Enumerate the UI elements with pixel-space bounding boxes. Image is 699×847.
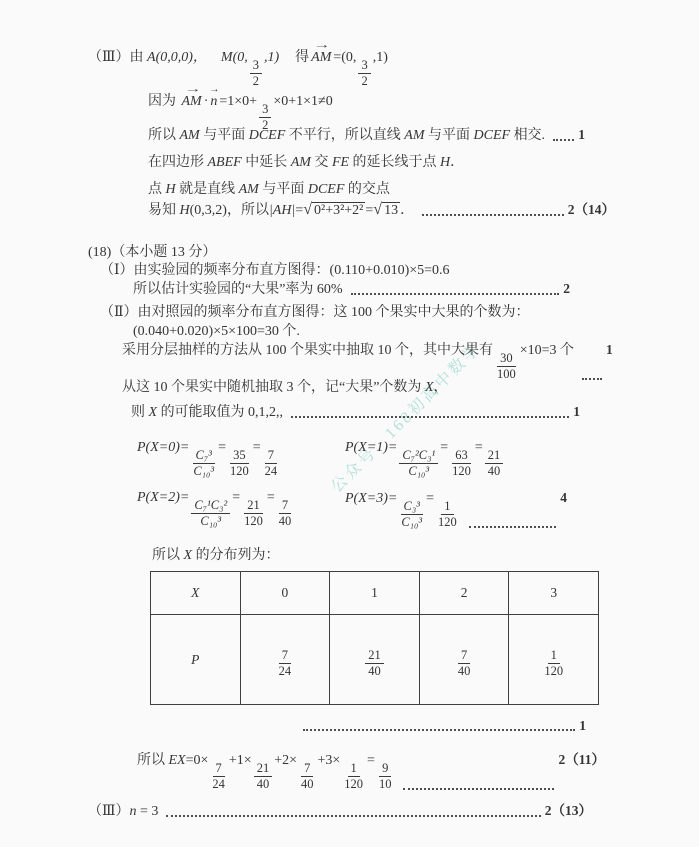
- vector-am: →AM: [182, 94, 202, 110]
- statement-text: 在四边形 ABEF 中延长 AM 交 FE 的延长线于点 H．: [148, 151, 464, 171]
- text-segment: AM: [180, 128, 200, 143]
- dotted-leader: [469, 526, 556, 528]
- point-a: A(0,0,0)，: [147, 50, 207, 65]
- table-cell-p1: 2140: [330, 615, 420, 705]
- math-expression: P(X=2)=C₇¹C₃²C₁₀³=21120=740: [137, 490, 295, 530]
- math-expression: 易知 H(0,3,2)，所以|AH|=√0²+3²+2²=√13．: [148, 199, 414, 219]
- vector-am: →AM: [311, 50, 331, 66]
- dot-operator: ·: [204, 94, 209, 109]
- text-segment: 的交点: [344, 182, 390, 197]
- radical-icon: √: [303, 202, 312, 219]
- text-segment: 所以: [137, 753, 169, 768]
- statement-text: 所以 AM 与平面 DCEF 不平行，所以直线 AM 与平面 DCEF 相交.: [148, 124, 545, 144]
- fraction: 2140: [254, 761, 273, 793]
- text-segment: 的分布列为：: [192, 548, 280, 563]
- table-cell-x1: 1: [330, 572, 420, 615]
- statement-text: 所以估计实验园的“大果”率为 60%: [133, 278, 343, 298]
- text-segment: DCEF: [474, 128, 511, 143]
- text-segment: 在四边形: [148, 155, 208, 170]
- dotted-leader: [166, 815, 540, 817]
- fraction: 32: [358, 58, 370, 90]
- statement-text: 点 H 就是直线 AM 与平面 DCEF 的交点: [148, 178, 390, 198]
- text-segment: 则: [131, 405, 149, 420]
- solution-line-iii-4: 在四边形 ABEF 中延长 AM 交 FE 的延长线于点 H．: [148, 151, 464, 171]
- dotted-leader: [303, 729, 575, 731]
- score-mark: 2（13）: [545, 799, 592, 819]
- vector-n: →n: [210, 94, 217, 110]
- text-segment: AM: [239, 182, 259, 197]
- text-segment: 的延长线于点: [349, 155, 440, 170]
- part2-line-1: （Ⅱ）由对照园的频率分布直方图得：这 100 个果实中大果的个数为：: [100, 301, 530, 321]
- score-mark: 1: [579, 718, 586, 734]
- statement-text: （Ⅰ）由实验园的频率分布直方图得：(0.110+0.010)×5=0.6: [100, 259, 450, 279]
- text-segment: DCEF: [249, 128, 286, 143]
- table-value-row: P 724 2140 740 1120: [151, 615, 599, 705]
- dotted-leader: [553, 139, 574, 141]
- text-segment: 不平行，所以直线: [285, 128, 404, 143]
- dotted-leader: [582, 378, 602, 380]
- statement-text: 所以 X 的分布列为：: [152, 544, 280, 564]
- text-segment: 点: [148, 182, 166, 197]
- prob-x1: P(X=1)=C₇²C₃¹C₁₀³=63120=2140: [345, 440, 505, 480]
- score-mark: 1: [573, 404, 580, 420]
- text-segment: EX: [169, 753, 186, 768]
- statement-text: 则 X 的可能取值为 0,1,2,,: [131, 401, 283, 421]
- text-segment: = 3: [137, 804, 159, 819]
- text-segment: 交: [311, 155, 332, 170]
- score-mark: 1: [578, 127, 585, 143]
- part2-line-4: 从这 10 个果实中随机抽取 3 个，记“大果”个数为 X，: [122, 376, 448, 396]
- text-segment: 与平面: [200, 128, 249, 143]
- math-expression: P(X=3)=C₃³C₁₀³=1120: [345, 491, 461, 531]
- fraction: 1120: [436, 499, 459, 531]
- text-de: 得: [295, 50, 309, 65]
- table-cell-x-label: X: [151, 572, 241, 615]
- statement-text: (0.040+0.020)×5×100=30 个.: [133, 320, 300, 340]
- section-marker: （Ⅲ）由: [88, 50, 147, 65]
- part1-line-2: 所以估计实验园的“大果”率为 60% 2: [133, 278, 570, 298]
- part3-answer-line: （Ⅲ）n = 3 2（13）: [88, 799, 592, 820]
- text-segment: DCEF: [308, 182, 345, 197]
- prob-x0: P(X=0)=C₇³C₁₀³=35120=724: [137, 440, 281, 480]
- text-segment: =0×: [186, 753, 209, 768]
- vector-arrow-icon: →: [314, 40, 329, 51]
- dotted-leader: [291, 416, 569, 418]
- after-table-score-line: 1: [303, 718, 586, 734]
- fraction: 724: [277, 648, 294, 680]
- text-segment: (0,3,2)，所以: [190, 203, 269, 218]
- score-mark: 2（11）: [558, 748, 605, 768]
- text-segment: |AH|: [269, 203, 295, 218]
- fraction: 2140: [365, 648, 384, 680]
- text-segment: 就是直线: [176, 182, 239, 197]
- fraction: 724: [210, 761, 227, 793]
- text-segment: H: [166, 182, 176, 197]
- part2-line-5: 则 X 的可能取值为 0,1,2,, 1: [131, 401, 580, 421]
- text-segment: 所以: [152, 548, 184, 563]
- fraction: 1120: [542, 648, 565, 680]
- text-segment: AM: [291, 155, 311, 170]
- text-segment: X: [184, 548, 193, 563]
- score-mark: 2（14）: [568, 198, 615, 218]
- radical-icon: √: [373, 202, 382, 219]
- text-segment: H: [440, 155, 450, 170]
- math-expression: 所以 EX=0×724+1×2140+2×740+3×1120=910: [137, 749, 395, 793]
- statement-text: 从这 10 个果实中随机抽取 3 个，记“大果”个数为 X，: [122, 376, 448, 396]
- fraction: 724: [263, 448, 280, 480]
- score-mark: 2: [563, 281, 570, 297]
- expectation-line: 所以 EX=0×724+1×2140+2×740+3×1120=910 2（11…: [137, 748, 605, 793]
- math-expression: P(X=0)=C₇³C₁₀³=35120=724: [137, 440, 281, 480]
- distribution-table: X 0 1 2 3 P 724 2140 740 1120: [150, 571, 599, 705]
- text-segment: 与平面: [259, 182, 308, 197]
- text-segment: FE: [332, 155, 349, 170]
- fraction: C₇³C₁₀³: [191, 448, 216, 480]
- square-root: √13: [373, 202, 400, 219]
- table-cell-p2: 740: [419, 615, 509, 705]
- text-segment: 相交.: [510, 128, 545, 143]
- text-segment: 与平面: [425, 128, 474, 143]
- part2-line-2: (0.040+0.020)×5×100=30 个.: [133, 320, 300, 340]
- statement-text: （Ⅲ）n = 3: [88, 800, 158, 820]
- point-m: M(0,: [221, 50, 248, 65]
- vector-arrow-icon: →: [209, 84, 218, 95]
- question-18-header: (18)（本小题 13 分）: [88, 241, 216, 261]
- text-segment: 易知: [148, 203, 180, 218]
- fraction: 21120: [242, 498, 265, 530]
- distribution-intro: 所以 X 的分布列为：: [152, 544, 280, 564]
- dotted-leader: [403, 788, 554, 790]
- prob-x3: P(X=3)=C₃³C₁₀³=1120 4: [345, 490, 567, 531]
- text-segment: 中延长: [242, 155, 291, 170]
- text-segment: ．: [450, 155, 464, 170]
- fraction: 63120: [450, 448, 473, 480]
- text-segment: H: [180, 203, 190, 218]
- table-cell-p0: 724: [240, 615, 330, 705]
- math-expression: P(X=1)=C₇²C₃¹C₁₀³=63120=2140: [345, 440, 505, 480]
- fraction: C₃³C₁₀³: [399, 499, 424, 531]
- text-segment: X: [425, 380, 434, 395]
- part1-line-1: （Ⅰ）由实验园的频率分布直方图得：(0.110+0.010)×5=0.6: [100, 259, 450, 279]
- fraction: 2140: [485, 448, 504, 480]
- text-segment: AM: [404, 128, 424, 143]
- fraction: 30100: [495, 351, 518, 383]
- fraction: 740: [299, 761, 316, 793]
- table-cell-x2: 2: [419, 572, 509, 615]
- fraction: C₇²C₃¹C₁₀³: [399, 448, 438, 480]
- text-segment: 从这 10 个果实中随机抽取 3 个，记“大果”个数为: [122, 380, 425, 395]
- text-segment: =: [295, 203, 303, 218]
- fraction: 740: [456, 648, 473, 680]
- text-segment: 的可能取值为 0,1,2,,: [157, 405, 283, 420]
- table-cell-x0: 0: [240, 572, 330, 615]
- text-segment: X: [149, 405, 158, 420]
- solution-line-iii-6: 易知 H(0,3,2)，所以|AH|=√0²+3²+2²=√13． 2（14）: [148, 198, 615, 219]
- text-segment: ，: [434, 380, 448, 395]
- document-page: 公众号：168初高中数学 （Ⅲ）由 A(0,0,0)，M(0,32,1)得→AM…: [0, 0, 699, 847]
- fraction: 740: [277, 498, 294, 530]
- solution-line-iii-5: 点 H 就是直线 AM 与平面 DCEF 的交点: [148, 178, 390, 198]
- vector-arrow-icon: →: [184, 84, 199, 95]
- score-mark: 1: [606, 342, 613, 358]
- text-segment: 所以: [148, 128, 180, 143]
- fraction: 32: [250, 58, 262, 90]
- table-cell-p3: 1120: [509, 615, 599, 705]
- fraction: 910: [377, 761, 394, 793]
- question-title: (18)（本小题 13 分）: [88, 241, 216, 261]
- fraction: 1120: [342, 761, 365, 793]
- score-mark: 4: [560, 490, 567, 506]
- text-segment: ABEF: [208, 155, 242, 170]
- solution-line-iii-1: （Ⅲ）由 A(0,0,0)，M(0,32,1)得→AM=(0,32,1): [88, 46, 388, 90]
- solution-line-iii-3: 所以 AM 与平面 DCEF 不平行，所以直线 AM 与平面 DCEF 相交. …: [148, 124, 585, 144]
- fraction: 35120: [228, 448, 251, 480]
- fraction: C₇¹C₃²C₁₀³: [191, 498, 230, 530]
- math-expression: （Ⅲ）由 A(0,0,0)，M(0,32,1)得→AM=(0,32,1): [88, 46, 388, 90]
- dotted-leader: [422, 214, 564, 216]
- table-cell-x3: 3: [509, 572, 599, 615]
- text-segment: n: [130, 804, 137, 819]
- square-root: √0²+3²+2²: [303, 202, 365, 219]
- table-header-row: X 0 1 2 3: [151, 572, 599, 615]
- table-cell-p-label: P: [151, 615, 241, 705]
- prob-x2: P(X=2)=C₇¹C₃²C₁₀³=21120=740: [137, 490, 295, 530]
- dotted-leader: [351, 293, 560, 295]
- text-segment: （Ⅲ）: [88, 804, 130, 819]
- statement-text: （Ⅱ）由对照园的频率分布直方图得：这 100 个果实中大果的个数为：: [100, 301, 530, 321]
